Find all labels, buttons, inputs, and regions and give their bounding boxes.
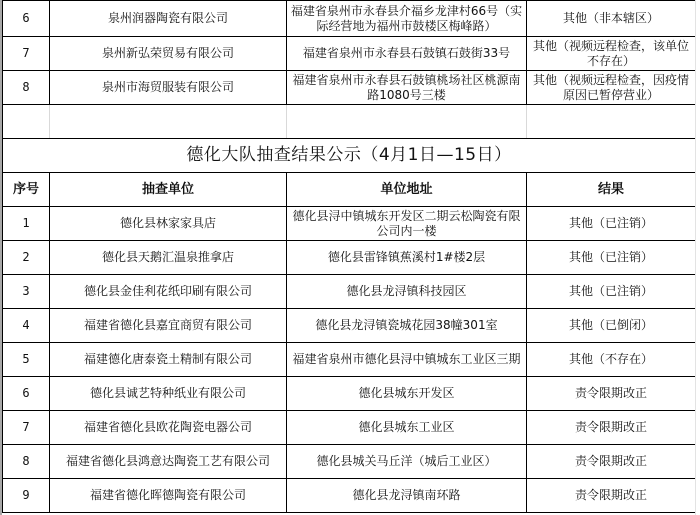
empty-cell[interactable] <box>3 105 50 139</box>
results-table: 6 泉州润器陶瓷有限公司 福建省泉州市永春县介福乡龙津村66号（实际经营地为福州… <box>2 0 696 513</box>
header-address[interactable]: 单位地址 <box>287 173 527 207</box>
seq-cell[interactable]: 6 <box>3 1 50 37</box>
table-row: 1 德化县林家家具店 德化县浔中镇城东开发区二期云松陶瓷有限公司内一楼 其他（已… <box>3 207 696 241</box>
empty-cell[interactable] <box>50 105 287 139</box>
spreadsheet: 6 泉州润器陶瓷有限公司 福建省泉州市永春县介福乡龙津村66号（实际经营地为福州… <box>2 0 700 513</box>
sheet-right-gridline <box>695 0 700 515</box>
table-title[interactable]: 德化大队抽查结果公示（4月1日—15日） <box>3 139 696 173</box>
seq-cell[interactable]: 4 <box>3 309 50 343</box>
result-cell[interactable]: 责令限期改正 <box>527 411 696 445</box>
unit-cell[interactable]: 德化县金佳利花纸印刷有限公司 <box>50 275 287 309</box>
address-cell[interactable]: 德化县城东开发区 <box>287 377 527 411</box>
address-cell[interactable]: 德化县城东工业区 <box>287 411 527 445</box>
empty-row <box>3 105 696 139</box>
address-cell[interactable]: 德化县龙浔镇瓷城花园38幢301室 <box>287 309 527 343</box>
table-row: 8 福建省德化县鸿意达陶瓷工艺有限公司 德化县城关马丘洋（城后工业区） 责令限期… <box>3 445 696 479</box>
result-cell[interactable]: 其他（非本辖区） <box>527 1 696 37</box>
header-unit[interactable]: 抽查单位 <box>50 173 287 207</box>
table-row: 3 德化县金佳利花纸印刷有限公司 德化县龙浔镇科技园区 其他（已注销） <box>3 275 696 309</box>
seq-cell[interactable]: 6 <box>3 377 50 411</box>
seq-cell[interactable]: 9 <box>3 479 50 513</box>
seq-cell[interactable]: 1 <box>3 207 50 241</box>
unit-cell[interactable]: 泉州市海贸服装有限公司 <box>50 71 287 105</box>
result-cell[interactable]: 其他（视频远程检查，该单位不存在） <box>527 37 696 71</box>
address-cell[interactable]: 德化县雷锋镇蕉溪村1#楼2层 <box>287 241 527 275</box>
table-row: 6 德化县诚艺特种纸业有限公司 德化县城东开发区 责令限期改正 <box>3 377 696 411</box>
seq-cell[interactable]: 3 <box>3 275 50 309</box>
result-cell[interactable]: 其他（不存在） <box>527 343 696 377</box>
address-cell[interactable]: 德化县龙浔镇南环路 <box>287 479 527 513</box>
result-cell[interactable]: 其他（已注销） <box>527 207 696 241</box>
unit-cell[interactable]: 福建省德化县鸿意达陶瓷工艺有限公司 <box>50 445 287 479</box>
table-row: 5 福建德化唐泰瓷土精制有限公司 福建省泉州市德化县浔中镇城东工业区三期 其他（… <box>3 343 696 377</box>
unit-cell[interactable]: 福建省德化晖德陶瓷有限公司 <box>50 479 287 513</box>
address-cell[interactable]: 德化县龙浔镇科技园区 <box>287 275 527 309</box>
unit-cell[interactable]: 德化县天鹅汇温泉推拿店 <box>50 241 287 275</box>
unit-cell[interactable]: 福建省德化县嘉宜商贸有限公司 <box>50 309 287 343</box>
unit-cell[interactable]: 德化县林家家具店 <box>50 207 287 241</box>
address-cell[interactable]: 福建省泉州市永春县石鼓镇石鼓街33号 <box>287 37 527 71</box>
address-cell[interactable]: 德化县城关马丘洋（城后工业区） <box>287 445 527 479</box>
table-row: 7 泉州新弘荣贸易有限公司 福建省泉州市永春县石鼓镇石鼓街33号 其他（视频远程… <box>3 37 696 71</box>
seq-cell[interactable]: 7 <box>3 37 50 71</box>
unit-cell[interactable]: 福建省德化县欧花陶瓷电器公司 <box>50 411 287 445</box>
table-row: 2 德化县天鹅汇温泉推拿店 德化县雷锋镇蕉溪村1#楼2层 其他（已注销） <box>3 241 696 275</box>
table-row: 4 福建省德化县嘉宜商贸有限公司 德化县龙浔镇瓷城花园38幢301室 其他（已倒… <box>3 309 696 343</box>
result-cell[interactable]: 责令限期改正 <box>527 445 696 479</box>
seq-cell[interactable]: 7 <box>3 411 50 445</box>
address-cell[interactable]: 福建省泉州市永春县石鼓镇桃场社区桃源南路1080号三楼 <box>287 71 527 105</box>
header-seq[interactable]: 序号 <box>3 173 50 207</box>
empty-cell[interactable] <box>287 105 527 139</box>
result-cell[interactable]: 责令限期改正 <box>527 479 696 513</box>
table-row: 6 泉州润器陶瓷有限公司 福建省泉州市永春县介福乡龙津村66号（实际经营地为福州… <box>3 1 696 37</box>
table-row: 8 泉州市海贸服装有限公司 福建省泉州市永春县石鼓镇桃场社区桃源南路1080号三… <box>3 71 696 105</box>
seq-cell[interactable]: 8 <box>3 445 50 479</box>
address-cell[interactable]: 德化县浔中镇城东开发区二期云松陶瓷有限公司内一楼 <box>287 207 527 241</box>
result-cell[interactable]: 其他（已注销） <box>527 241 696 275</box>
seq-cell[interactable]: 2 <box>3 241 50 275</box>
title-row: 德化大队抽查结果公示（4月1日—15日） <box>3 139 696 173</box>
seq-cell[interactable]: 8 <box>3 71 50 105</box>
result-cell[interactable]: 其他（视频远程检查，因疫情原因已暂停营业） <box>527 71 696 105</box>
empty-cell[interactable] <box>527 105 696 139</box>
result-cell[interactable]: 其他（已注销） <box>527 275 696 309</box>
table-row: 9 福建省德化晖德陶瓷有限公司 德化县龙浔镇南环路 责令限期改正 <box>3 479 696 513</box>
unit-cell[interactable]: 泉州润器陶瓷有限公司 <box>50 1 287 37</box>
header-result[interactable]: 结果 <box>527 173 696 207</box>
header-row: 序号 抽查单位 单位地址 结果 <box>3 173 696 207</box>
unit-cell[interactable]: 德化县诚艺特种纸业有限公司 <box>50 377 287 411</box>
unit-cell[interactable]: 福建德化唐泰瓷土精制有限公司 <box>50 343 287 377</box>
unit-cell[interactable]: 泉州新弘荣贸易有限公司 <box>50 37 287 71</box>
address-cell[interactable]: 福建省泉州市永春县介福乡龙津村66号（实际经营地为福州市鼓楼区梅峰路） <box>287 1 527 37</box>
result-cell[interactable]: 其他（已倒闭） <box>527 309 696 343</box>
table-row: 7 福建省德化县欧花陶瓷电器公司 德化县城东工业区 责令限期改正 <box>3 411 696 445</box>
result-cell[interactable]: 责令限期改正 <box>527 377 696 411</box>
seq-cell[interactable]: 5 <box>3 343 50 377</box>
address-cell[interactable]: 福建省泉州市德化县浔中镇城东工业区三期 <box>287 343 527 377</box>
